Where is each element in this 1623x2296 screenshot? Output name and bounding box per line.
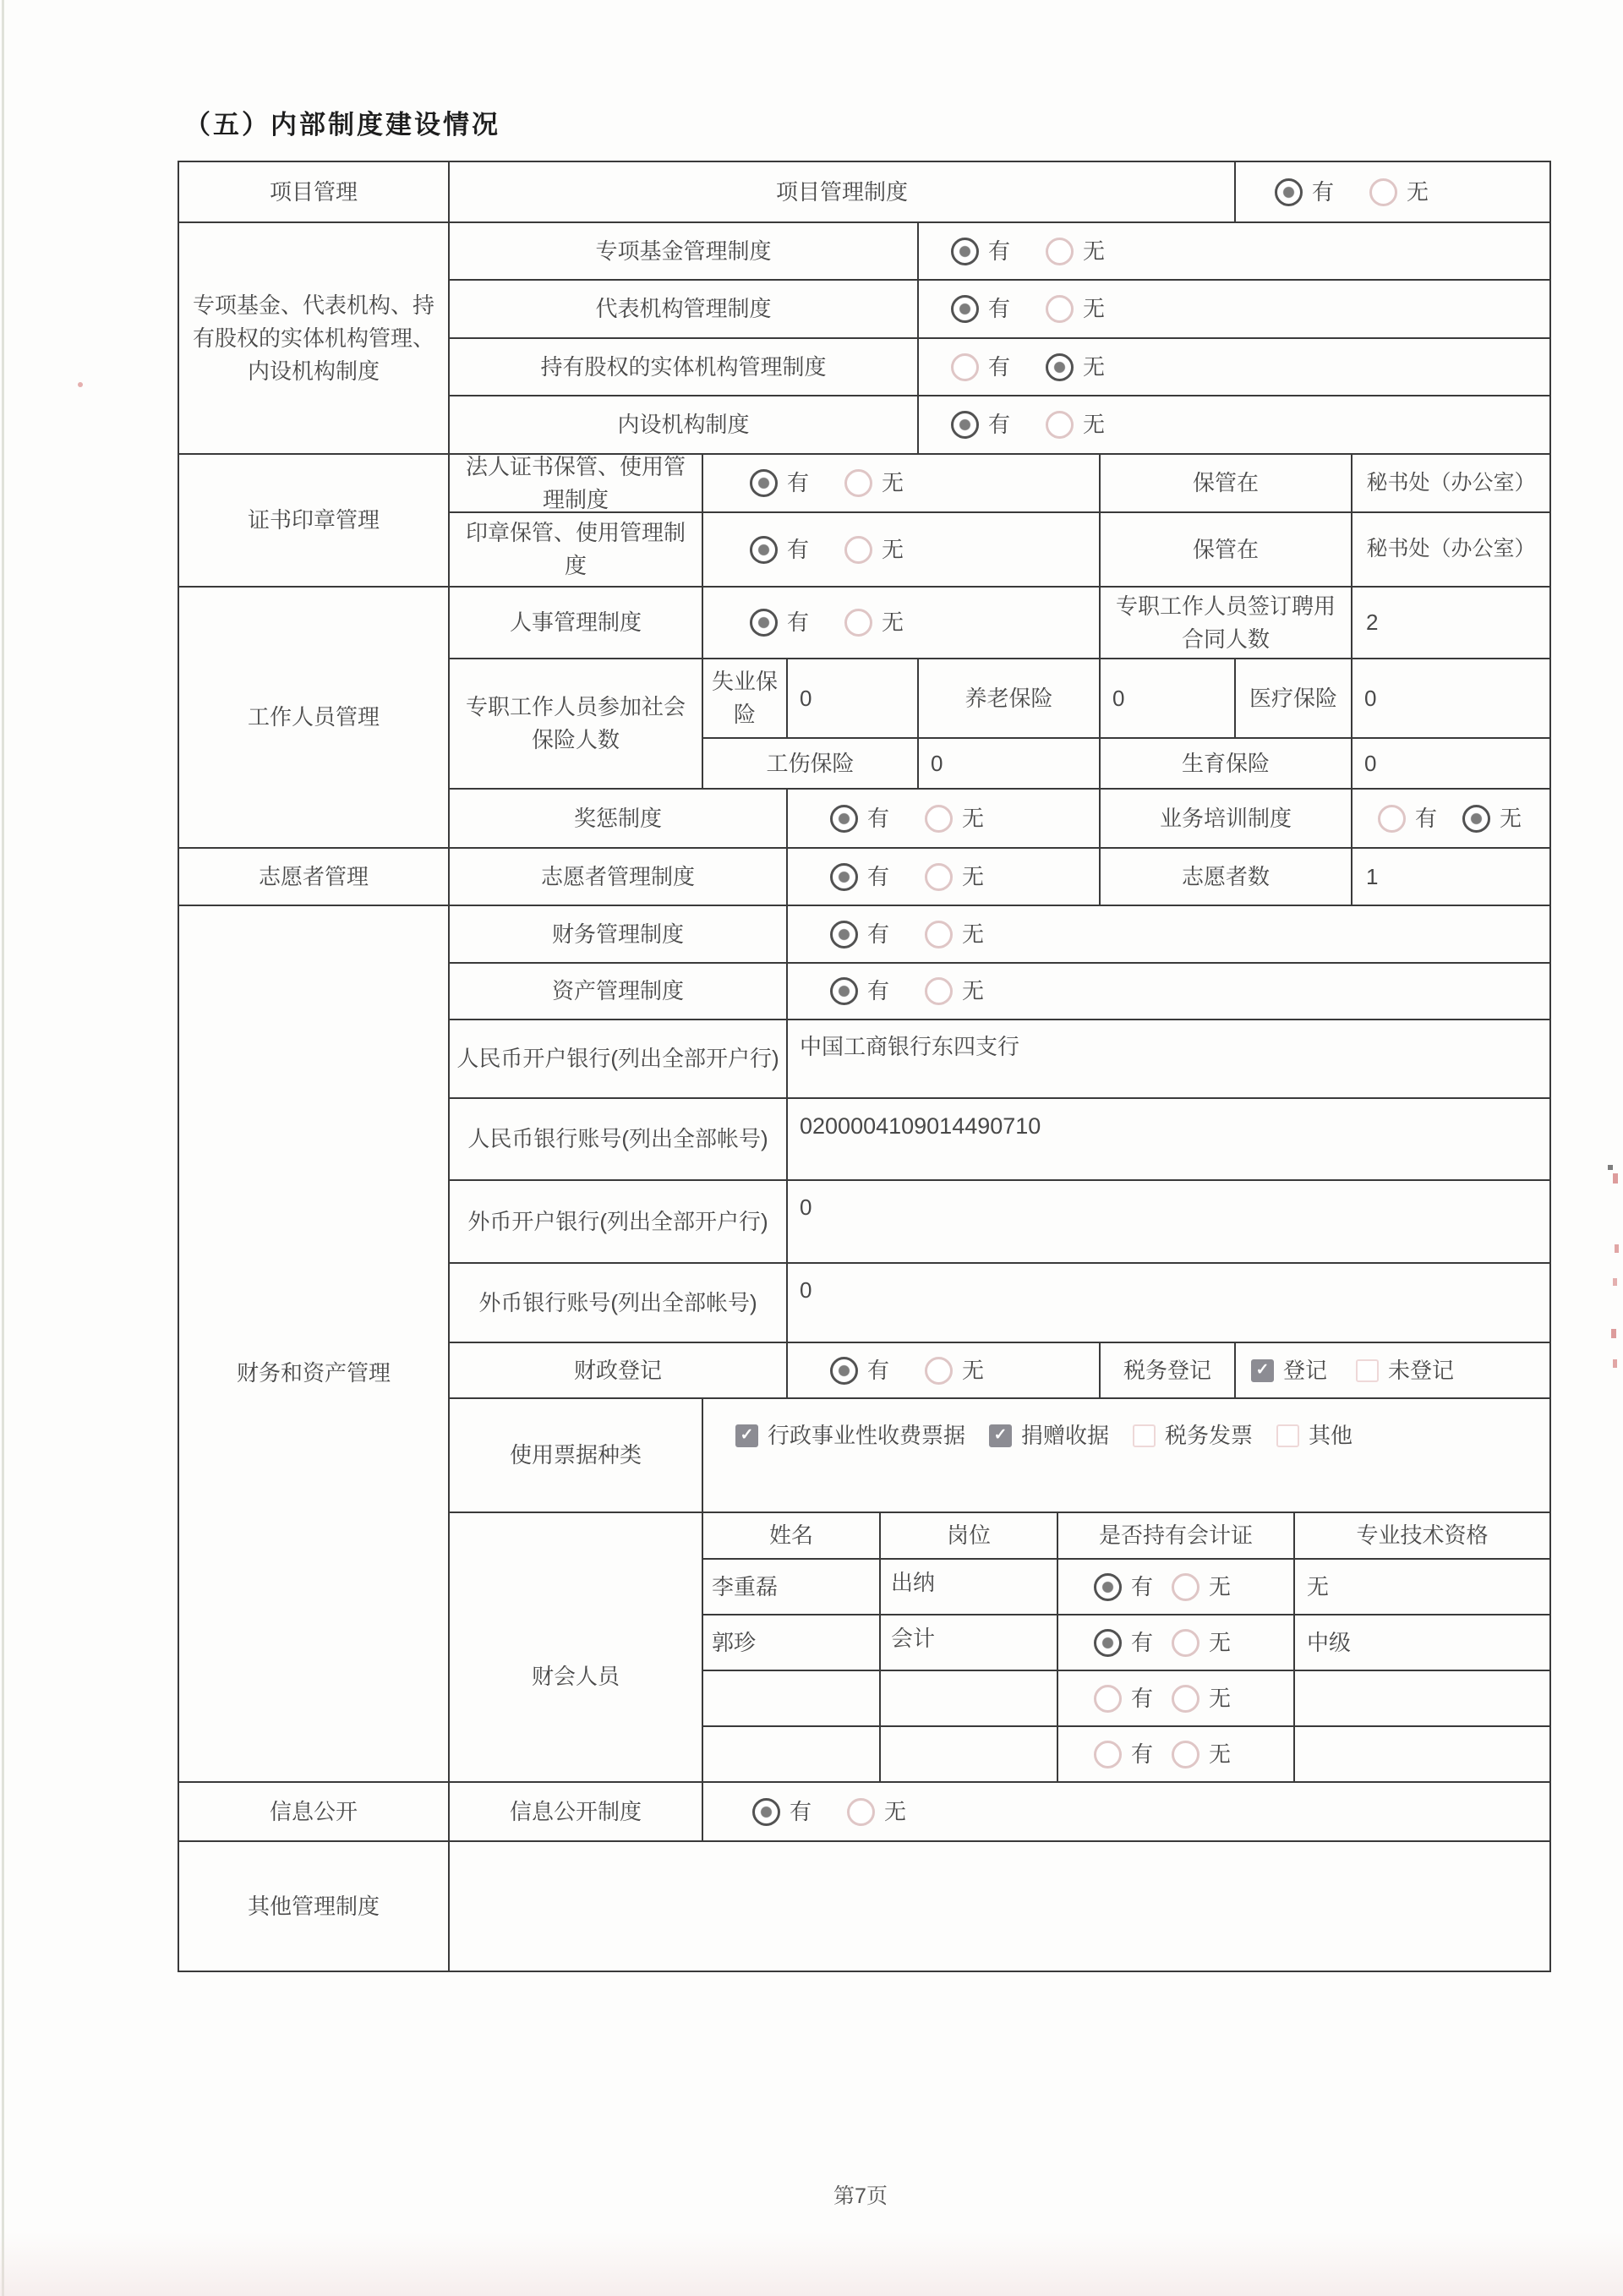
no-label: 无	[1083, 292, 1105, 325]
radio-no-icon	[844, 469, 872, 497]
scan-mark	[1608, 1165, 1613, 1170]
scan-edge-line	[2, 0, 4, 2296]
special-fund-label: 专项基金管理制度	[448, 221, 919, 281]
radio-yes-icon	[830, 921, 858, 948]
radio-yes-icon	[951, 411, 979, 439]
checkbox-unchecked-icon	[1356, 1359, 1379, 1382]
checkbox-other-invoice[interactable]: 其他	[1276, 1419, 1352, 1452]
no-label: 无	[1209, 1571, 1231, 1604]
yes-label: 有	[1131, 1682, 1153, 1715]
volunteer-count-label: 志愿者数	[1099, 847, 1352, 906]
col-header-cert: 是否持有会计证	[1057, 1512, 1295, 1560]
radio-yes-icon	[830, 977, 858, 1005]
radio-yes[interactable]: 有	[1275, 176, 1334, 209]
radio-no[interactable]: 无	[925, 975, 984, 1008]
accountant-name	[702, 1725, 881, 1783]
volunteer-system-label: 志愿者管理制度	[448, 847, 788, 906]
legal-cert-label: 法人证书保管、使用管理制度	[448, 453, 703, 513]
col-header-name: 姓名	[702, 1512, 881, 1560]
radio-no[interactable]: 无	[844, 467, 904, 500]
scan-mark	[1613, 1173, 1618, 1184]
accountant-cert-radio-cell: 有 无	[1057, 1725, 1295, 1783]
radio-yes-icon	[951, 238, 979, 265]
yes-label: 有	[988, 408, 1010, 441]
disclosure-radio-cell: 有 无	[702, 1781, 1551, 1842]
cert-seal-category: 证书印章管理	[178, 453, 450, 588]
radio-yes-icon	[1094, 1629, 1122, 1657]
checkbox-checked-icon: ✓	[989, 1424, 1012, 1447]
maternity-label: 生育保险	[1099, 737, 1352, 790]
radio-yes-icon	[951, 295, 979, 323]
radio-yes-icon	[1094, 1685, 1122, 1713]
radio-yes-icon	[1094, 1573, 1122, 1601]
rep-org-label: 代表机构管理制度	[448, 279, 919, 339]
medical-value: 0	[1351, 658, 1551, 739]
finance-system-label: 财务管理制度	[448, 905, 788, 964]
accountant-qualification: 中级	[1293, 1614, 1551, 1671]
fx-bank-label: 外币开户银行(列出全部开户行)	[448, 1179, 788, 1264]
yes-label: 有	[988, 235, 1010, 268]
equity-entity-label: 持有股权的实体机构管理制度	[448, 337, 919, 396]
yes-label: 有	[787, 606, 809, 639]
yes-label: 有	[790, 1796, 811, 1829]
radio-yes[interactable]: 有	[1094, 1571, 1153, 1604]
accountant-name: 郭珍	[702, 1614, 881, 1671]
radio-no[interactable]: 无	[1046, 292, 1105, 325]
radio-yes-icon	[750, 469, 778, 497]
radio-no-icon	[925, 805, 953, 833]
radio-yes-icon	[951, 353, 979, 381]
no-label: 无	[1500, 802, 1522, 835]
radio-no[interactable]: 无	[844, 606, 904, 639]
injury-value: 0	[917, 737, 1101, 790]
radio-no-icon	[1046, 353, 1074, 381]
pension-label: 养老保险	[917, 658, 1101, 739]
fiscal-reg-label: 财政登记	[448, 1342, 788, 1399]
radio-yes-icon	[750, 536, 778, 564]
accountant-cert-radio-cell: 有 无	[1057, 1670, 1295, 1727]
yes-label: 有	[1312, 176, 1334, 209]
checkbox-unchecked-icon	[1276, 1424, 1299, 1447]
rmb-account-label: 人民币银行账号(列出全部帐号)	[448, 1097, 788, 1181]
accountant-post	[879, 1725, 1058, 1783]
yes-label: 有	[1131, 1738, 1153, 1771]
accountant-qualification	[1293, 1670, 1551, 1727]
radio-no-icon	[1172, 1629, 1199, 1657]
kept-at-label: 保管在	[1099, 453, 1352, 513]
special-fund-radio-cell: 有 无	[917, 221, 1551, 281]
radio-yes[interactable]: 有	[750, 467, 809, 500]
scan-mark	[1611, 1329, 1616, 1338]
project-category: 项目管理	[178, 161, 450, 223]
yes-label: 有	[867, 975, 889, 1008]
checkbox-admin-fee-receipt[interactable]: ✓行政事业性收费票据	[735, 1419, 965, 1452]
radio-no[interactable]: 无	[1046, 408, 1105, 441]
other-invoice-label: 其他	[1309, 1419, 1352, 1452]
checkbox-checked-icon: ✓	[735, 1424, 758, 1447]
scan-mark	[78, 382, 83, 387]
seal-keep-radio-cell: 有 无	[702, 511, 1101, 588]
radio-no-icon	[1462, 805, 1490, 833]
volunteer-radio-cell: 有 无	[786, 847, 1101, 906]
yes-label: 有	[867, 861, 889, 894]
internal-systems-table: 项目管理 项目管理制度 有 无 专项基金、代表机构、持有股权的实体机构管理、内设…	[178, 161, 1551, 1972]
asset-system-radio-cell: 有 无	[786, 962, 1551, 1020]
contract-count-label: 专职工作人员签订聘用合同人数	[1099, 586, 1352, 659]
fiscal-reg-radio-cell: 有 无	[786, 1342, 1101, 1399]
radio-yes[interactable]: 有	[951, 351, 1010, 384]
radio-no[interactable]: 无	[1172, 1571, 1231, 1604]
radio-no[interactable]: 无	[925, 918, 984, 951]
radio-no-icon	[844, 536, 872, 564]
yes-label: 有	[1415, 802, 1437, 835]
accountant-post: 会计	[879, 1614, 1058, 1671]
radio-no-icon	[1172, 1685, 1199, 1713]
radio-yes[interactable]: 有	[1094, 1738, 1153, 1771]
registered-label: 登记	[1283, 1354, 1327, 1387]
radio-yes-icon	[830, 1357, 858, 1385]
internal-org-label: 内设机构制度	[448, 395, 919, 455]
yes-label: 有	[787, 467, 809, 500]
radio-yes[interactable]: 有	[1094, 1626, 1153, 1659]
radio-yes-icon	[752, 1798, 780, 1826]
hr-system-label: 人事管理制度	[448, 586, 703, 659]
finance-system-radio-cell: 有 无	[786, 905, 1551, 964]
medical-label: 医疗保险	[1234, 658, 1352, 739]
radio-yes-icon	[830, 805, 858, 833]
radio-yes-icon	[830, 863, 858, 891]
no-label: 无	[962, 975, 984, 1008]
rmb-bank-label: 人民币开户银行(列出全部开户行)	[448, 1019, 788, 1099]
reward-label: 奖惩制度	[448, 788, 788, 849]
radio-no-icon	[1046, 411, 1074, 439]
radio-no[interactable]: 无	[1172, 1626, 1231, 1659]
yes-label: 有	[1131, 1626, 1153, 1659]
training-radio-cell: 有 无	[1351, 788, 1551, 849]
reward-radio-cell: 有 无	[786, 788, 1101, 849]
no-label: 无	[962, 861, 984, 894]
accountant-name: 李重磊	[702, 1558, 881, 1615]
no-label: 无	[962, 918, 984, 951]
page-number: 第7页	[691, 2179, 1030, 2210]
no-label: 无	[1209, 1682, 1231, 1715]
radio-yes[interactable]: 有	[830, 802, 889, 835]
no-label: 无	[882, 533, 904, 566]
radio-yes[interactable]: 有	[830, 1354, 889, 1387]
rmb-account-value: 0200004109014490710	[786, 1097, 1551, 1181]
kept-at-value: 秘书处（办公室）	[1351, 453, 1551, 513]
radio-no[interactable]: 无	[925, 802, 984, 835]
checkbox-not-registered[interactable]: 未登记	[1356, 1354, 1454, 1387]
invoice-options-row: ✓行政事业性收费票据 ✓捐赠收据 税务发票 其他	[735, 1419, 1352, 1452]
project-system-radio-cell: 有 无	[1234, 161, 1551, 223]
accountant-qualification: 无	[1293, 1558, 1551, 1615]
maternity-value: 0	[1351, 737, 1551, 790]
fx-account-value: 0	[786, 1262, 1551, 1343]
radio-no-icon	[925, 863, 953, 891]
donation-receipt-label: 捐赠收据	[1021, 1419, 1109, 1452]
checkbox-checked-icon: ✓	[1251, 1359, 1274, 1382]
equity-entity-radio-cell: 有 无	[917, 337, 1551, 396]
radio-yes-icon	[1094, 1741, 1122, 1768]
invoice-type-label: 使用票据种类	[448, 1397, 703, 1513]
accountant-cert-radio-cell: 有 无	[1057, 1614, 1295, 1671]
injury-label: 工伤保险	[702, 737, 919, 790]
radio-yes-icon	[750, 609, 778, 637]
kept-at-label: 保管在	[1099, 511, 1352, 588]
checkbox-unchecked-icon	[1133, 1424, 1156, 1447]
radio-yes[interactable]: 有	[1378, 802, 1437, 835]
radio-no-icon	[925, 977, 953, 1005]
radio-no[interactable]: 无	[1172, 1738, 1231, 1771]
radio-yes[interactable]: 有	[951, 408, 1010, 441]
radio-no[interactable]: 无	[844, 533, 904, 566]
unemployment-label: 失业保险	[702, 658, 788, 739]
radio-yes[interactable]: 有	[830, 918, 889, 951]
radio-yes[interactable]: 有	[951, 235, 1010, 268]
scanned-form-page: （五）内部制度建设情况 项目管理 项目管理制度 有 无 专项基金、代表机构、持有…	[0, 0, 1623, 2296]
yes-label: 有	[988, 351, 1010, 384]
pension-value: 0	[1099, 658, 1236, 739]
radio-no[interactable]: 无	[1369, 176, 1429, 209]
radio-no[interactable]: 无	[925, 1354, 984, 1387]
radio-no-icon	[847, 1798, 875, 1826]
radio-yes[interactable]: 有	[830, 975, 889, 1008]
unemployment-value: 0	[786, 658, 919, 739]
radio-yes[interactable]: 有	[750, 533, 809, 566]
radio-no[interactable]: 无	[1046, 351, 1105, 384]
no-label: 无	[962, 802, 984, 835]
checkbox-tax-invoice[interactable]: 税务发票	[1133, 1419, 1253, 1452]
yes-label: 有	[787, 533, 809, 566]
radio-yes-icon	[1378, 805, 1406, 833]
col-header-post: 岗位	[879, 1512, 1058, 1560]
scan-mark	[1615, 1244, 1619, 1253]
col-header-qualification: 专业技术资格	[1293, 1512, 1551, 1560]
radio-yes-icon	[1275, 178, 1303, 206]
scan-mark	[1613, 1359, 1617, 1368]
radio-no-icon	[925, 1357, 953, 1385]
no-label: 无	[1407, 176, 1429, 209]
section-title: （五）内部制度建设情况	[184, 103, 500, 141]
yes-label: 有	[867, 802, 889, 835]
disclosure-category: 信息公开	[178, 1781, 450, 1842]
volunteer-count-value: 1	[1351, 847, 1551, 906]
yes-label: 有	[988, 292, 1010, 325]
no-label: 无	[1083, 408, 1105, 441]
fx-account-label: 外币银行账号(列出全部帐号)	[448, 1262, 788, 1343]
no-label: 无	[1209, 1738, 1231, 1771]
hr-system-radio-cell: 有 无	[702, 586, 1101, 659]
accountant-name	[702, 1670, 881, 1727]
radio-no-icon	[1046, 295, 1074, 323]
fx-bank-value: 0	[786, 1179, 1551, 1264]
project-system-label: 项目管理制度	[448, 161, 1236, 223]
checkbox-registered[interactable]: ✓登记	[1251, 1354, 1327, 1387]
radio-no-icon	[925, 921, 953, 948]
invoice-type-cell: ✓行政事业性收费票据 ✓捐赠收据 税务发票 其他	[702, 1397, 1551, 1513]
yes-label: 有	[867, 1354, 889, 1387]
legal-cert-radio-cell: 有 无	[702, 453, 1101, 513]
radio-no-icon	[1369, 178, 1397, 206]
training-label: 业务培训制度	[1099, 788, 1352, 849]
radio-no-icon	[1046, 238, 1074, 265]
rep-org-radio-cell: 有 无	[917, 279, 1551, 339]
no-label: 无	[1083, 235, 1105, 268]
rmb-bank-value: 中国工商银行东四支行	[786, 1019, 1551, 1099]
radio-no-icon	[1172, 1573, 1199, 1601]
accountant-cert-radio-cell: 有 无	[1057, 1558, 1295, 1615]
not-registered-label: 未登记	[1388, 1354, 1454, 1387]
radio-no[interactable]: 无	[925, 861, 984, 894]
no-label: 无	[1083, 351, 1105, 384]
radio-yes[interactable]: 有	[830, 861, 889, 894]
radio-no[interactable]: 无	[1046, 235, 1105, 268]
insurance-label: 专职工作人员参加社会保险人数	[448, 658, 703, 790]
seal-keep-label: 印章保管、使用管理制度	[448, 511, 703, 588]
no-label: 无	[962, 1354, 984, 1387]
radio-no[interactable]: 无	[1462, 802, 1522, 835]
no-label: 无	[882, 606, 904, 639]
radio-no-icon	[1172, 1741, 1199, 1768]
radio-yes[interactable]: 有	[951, 292, 1010, 325]
tax-reg-checkbox-cell: ✓登记 未登记	[1234, 1342, 1551, 1399]
yes-label: 有	[1131, 1571, 1153, 1604]
radio-yes[interactable]: 有	[1094, 1682, 1153, 1715]
asset-system-label: 资产管理制度	[448, 962, 788, 1020]
radio-no[interactable]: 无	[1172, 1682, 1231, 1715]
accountant-post: 出纳	[879, 1558, 1058, 1615]
accountant-qualification	[1293, 1725, 1551, 1783]
no-label: 无	[882, 467, 904, 500]
scan-bottom-tint	[0, 2232, 1623, 2296]
disclosure-system-label: 信息公开制度	[448, 1781, 703, 1842]
scan-mark	[1613, 1278, 1617, 1286]
radio-no[interactable]: 无	[847, 1796, 906, 1829]
finance-category: 财务和资产管理	[178, 905, 450, 1842]
volunteer-category: 志愿者管理	[178, 847, 450, 906]
admin-fee-receipt-label: 行政事业性收费票据	[768, 1419, 965, 1452]
tax-invoice-label: 税务发票	[1165, 1419, 1253, 1452]
tax-reg-label: 税务登记	[1099, 1342, 1236, 1399]
radio-yes[interactable]: 有	[750, 606, 809, 639]
other-systems-content	[448, 1840, 1551, 1972]
accountant-post	[879, 1670, 1058, 1727]
internal-org-radio-cell: 有 无	[917, 395, 1551, 455]
yes-label: 有	[867, 918, 889, 951]
radio-no-icon	[844, 609, 872, 637]
special-category: 专项基金、代表机构、持有股权的实体机构管理、内设机构制度	[178, 221, 450, 455]
radio-yes[interactable]: 有	[752, 1796, 811, 1829]
kept-at-value: 秘书处（办公室）	[1351, 511, 1551, 588]
checkbox-donation-receipt[interactable]: ✓捐赠收据	[989, 1419, 1109, 1452]
no-label: 无	[884, 1796, 906, 1829]
other-systems-category: 其他管理制度	[178, 1840, 450, 1972]
contract-count-value: 2	[1351, 586, 1551, 659]
staff-category: 工作人员管理	[178, 586, 450, 849]
no-label: 无	[1209, 1626, 1231, 1659]
